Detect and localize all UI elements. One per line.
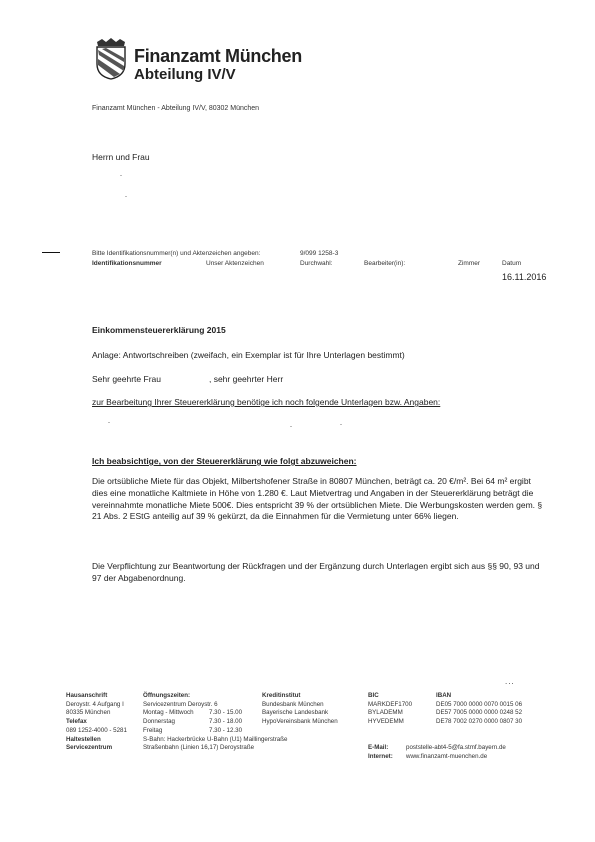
footer-iban: IBAN DE05 7000 0000 0070 0015 06 DE57 70… — [436, 692, 522, 727]
footer-address: Hausanschrift Deroystr. 4 Aufgang I 8033… — [66, 692, 127, 753]
bank-heading: Kreditinstitut — [262, 692, 338, 701]
label-extension: Durchwahl: — [300, 260, 333, 267]
address-line: Deroystr. 4 Aufgang I — [66, 701, 127, 710]
paragraph-obligation: Die Verpflichtung zur Beantwortung der R… — [92, 561, 547, 585]
bank-name: Bayerische Landesbank — [262, 709, 338, 718]
hours-day: Montag - Mittwoch — [143, 709, 209, 718]
ident-prompt: Bitte Identifikationsnummer(n) und Akten… — [92, 250, 260, 257]
address-line: 80335 München — [66, 709, 127, 718]
organization-name: Finanzamt München — [134, 46, 302, 67]
footer-contact: E-Mail:poststelle-abt4-5@fa.stmf.bayern.… — [368, 744, 506, 761]
recipient-salutation: Herrn und Frau — [92, 152, 150, 162]
paragraph-rent: Die ortsübliche Miete für das Objekt, Mi… — [92, 476, 547, 523]
iban-value: DE57 7005 0000 0000 0248 52 — [436, 709, 522, 718]
service-label: Servicezentrum — [66, 744, 127, 753]
web-label: Internet: — [368, 753, 406, 762]
bic-value: MARKDEF1700 — [368, 701, 412, 710]
label-room: Zimmer — [458, 260, 480, 267]
web-link[interactable]: www.finanzamt-muenchen.de — [406, 753, 487, 760]
iban-value: DE05 7000 0000 0070 0015 06 — [436, 701, 522, 710]
transit-line: Straßenbahn (Linien 16,17) Deroystraße — [143, 744, 287, 753]
label-clerk: Bearbeiter(in): — [364, 260, 405, 267]
email-label: E-Mail: — [368, 744, 406, 753]
subject-line: Einkommensteuererklärung 2015 — [92, 325, 226, 335]
hours-time: 7.30 - 15.00 — [209, 709, 242, 716]
fax-value: 089 1252-4000 - 5281 — [66, 727, 127, 736]
hours-day: Freitag — [143, 727, 209, 736]
iban-heading: IBAN — [436, 692, 522, 701]
footer-bank: Kreditinstitut Bundesbank München Bayeri… — [262, 692, 338, 727]
department-name: Abteilung IV/V — [134, 66, 236, 83]
bic-heading: BIC — [368, 692, 412, 701]
greeting: Sehr geehrte Frau, sehr geehrter Herr — [92, 374, 283, 386]
date-value: 16.11.2016 — [502, 272, 546, 282]
bank-name: HypoVereinsbank München — [262, 718, 338, 727]
fax-label: Telefax — [66, 718, 127, 727]
label-our-reference: Unser Aktenzeichen — [206, 260, 264, 267]
bank-name: Bundesbank München — [262, 701, 338, 710]
greeting-part1: Sehr geehrte Frau — [92, 374, 161, 384]
iban-value: DE78 7002 0270 0000 0807 30 — [436, 718, 522, 727]
label-identification-number: Identifikationsnummer — [92, 260, 162, 267]
hours-time: 7.30 - 18.00 — [209, 718, 242, 725]
bavarian-coat-of-arms-icon — [94, 38, 128, 80]
hours-day: Donnerstag — [143, 718, 209, 727]
fold-mark — [42, 252, 60, 253]
enclosure-line: Anlage: Antwortschreiben (zweifach, ein … — [92, 350, 405, 362]
bic-value: BYLADEMM — [368, 709, 412, 718]
transit-line: S-Bahn: Hackerbrücke U-Bahn (U1) Maillin… — [143, 736, 287, 745]
hours-time: 7.30 - 12.30 — [209, 727, 242, 734]
return-address: Finanzamt München - Abteilung IV/V, 8030… — [92, 105, 259, 112]
ident-value: 9/099 1258-3 — [300, 250, 338, 257]
continuation-mark: ... — [505, 677, 515, 686]
deviation-heading: Ich beabsichtige, von der Steuererklärun… — [92, 456, 357, 468]
bic-value: HYVEDEMM — [368, 718, 412, 727]
label-date: Datum — [502, 260, 521, 267]
email-link[interactable]: poststelle-abt4-5@fa.stmf.bayern.de — [406, 744, 506, 751]
address-heading: Hausanschrift — [66, 692, 127, 701]
greeting-part2: , sehr geehrter Herr — [209, 374, 283, 384]
footer-bic: BIC MARKDEF1700 BYLADEMM HYVEDEMM — [368, 692, 412, 727]
request-heading: zur Bearbeitung Ihrer Steuererklärung be… — [92, 397, 440, 409]
stop-label: Haltestellen — [66, 736, 127, 745]
